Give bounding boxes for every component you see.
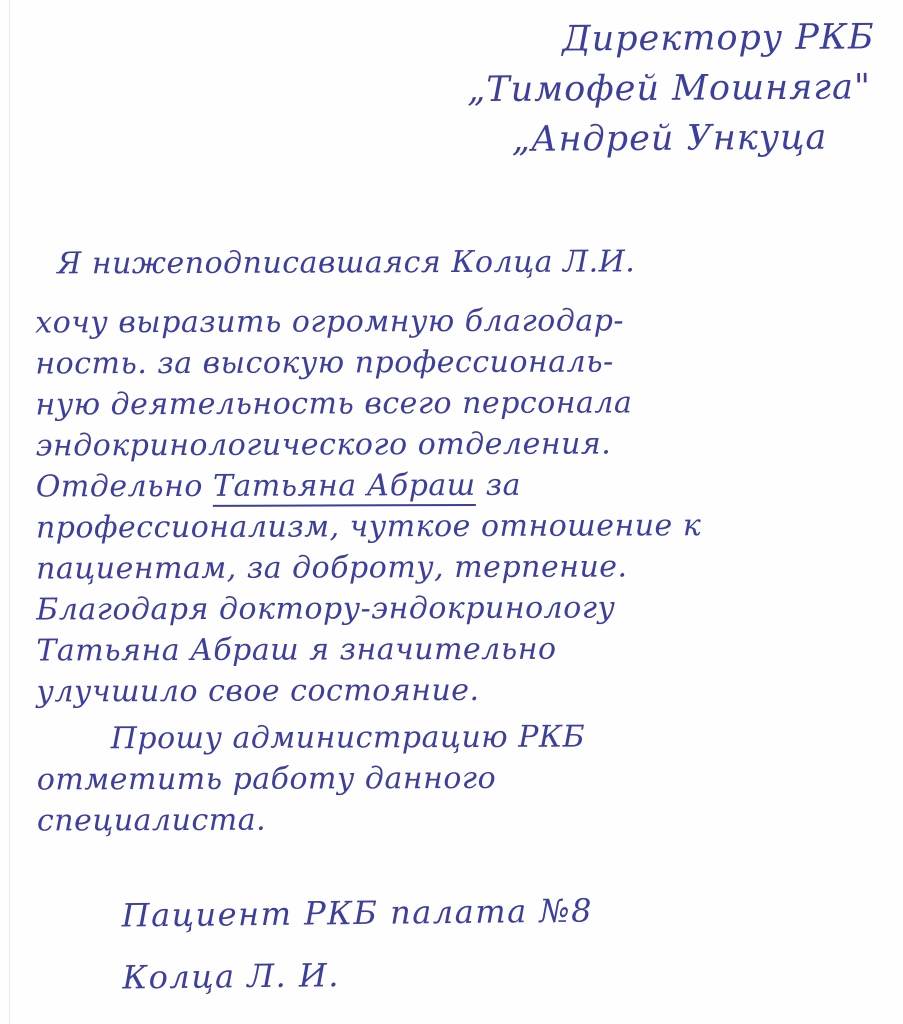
handwritten-line: пациентам, за доброту, терпение. bbox=[36, 546, 892, 590]
letter-body: Я нижеподписавшаяся Колца Л.И.хочу выраз… bbox=[35, 241, 893, 842]
handwritten-line: улучшило свое состояние. bbox=[36, 669, 892, 713]
recipient-line: „Тимофей Мошняга" bbox=[395, 62, 875, 115]
signature-line: Колца Л. И. bbox=[122, 942, 594, 1009]
text-segment: Я нижеподписавшаяся Колца Л.И. bbox=[57, 244, 635, 281]
text-segment: специалиста. bbox=[37, 803, 266, 839]
signature-line: Пациент РКБ палата №8 bbox=[121, 880, 593, 947]
handwritten-line: ную деятельность всего персонала bbox=[35, 382, 891, 426]
signature-block: Пациент РКБ палата №8Колца Л. И. bbox=[121, 880, 594, 1009]
handwritten-line: специалиста. bbox=[37, 798, 893, 842]
handwritten-line: профессионализм, чуткое отношение к bbox=[36, 505, 892, 549]
text-segment: пациентам, за доброту, терпение. bbox=[36, 549, 628, 586]
text-segment: хочу выразить огромную благодар- bbox=[35, 303, 624, 340]
handwritten-line: Благодаря доктору-эндокринологу bbox=[36, 587, 892, 631]
recipient-block: Директору РКБ„Тимофей Мошняга"„Андрей Ун… bbox=[394, 12, 875, 165]
text-segment: ность. за высокую профессиональ- bbox=[35, 344, 613, 381]
handwritten-line: Татьяна Абраш я значительно bbox=[36, 628, 892, 672]
text-segment: Татьяна Абраш я значительно bbox=[36, 632, 556, 669]
text-segment: отметить работу данного bbox=[37, 761, 496, 798]
text-segment: профессионализм, чуткое отношение к bbox=[36, 508, 701, 545]
letter-page: Директору РКБ„Тимофей Мошняга"„Андрей Ун… bbox=[0, 0, 903, 1024]
handwritten-line: Прошу администрацию РКБ bbox=[37, 716, 893, 760]
text-segment: Отдельно bbox=[36, 469, 213, 505]
text-segment: эндокринологического отделения. bbox=[36, 426, 612, 463]
handwritten-line: Я нижеподписавшаяся Колца Л.И. bbox=[35, 241, 891, 285]
handwritten-line: хочу выразить огромную благодар- bbox=[35, 300, 891, 344]
text-segment: за bbox=[476, 468, 521, 503]
text-segment: ную деятельность всего персонала bbox=[35, 385, 632, 422]
text-segment: улучшило свое состояние. bbox=[36, 673, 479, 710]
handwritten-line: эндокринологического отделения. bbox=[36, 423, 892, 467]
text-segment: Благодаря доктору-эндокринологу bbox=[36, 590, 615, 627]
handwritten-line: Отдельно Татьяна Абраш за bbox=[36, 464, 892, 508]
recipient-line: Директору РКБ bbox=[394, 12, 874, 65]
handwritten-line: отметить работу данного bbox=[37, 757, 893, 801]
underlined-name: Татьяна Абраш bbox=[213, 468, 476, 507]
scan-edge-line bbox=[9, 0, 10, 1024]
text-segment: Прошу администрацию РКБ bbox=[111, 720, 586, 757]
recipient-line: „Андрей Ункуца bbox=[395, 112, 875, 165]
handwritten-line: ность. за высокую профессиональ- bbox=[35, 341, 891, 385]
